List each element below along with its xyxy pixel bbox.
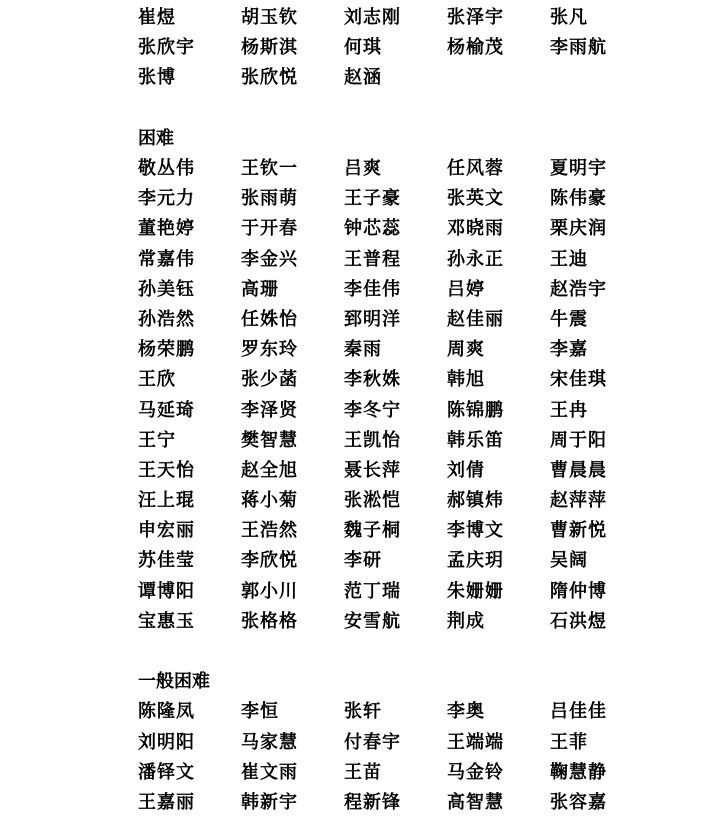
name-cell: 郅明洋 <box>344 305 447 335</box>
name-cell: 李泽贤 <box>241 396 344 426</box>
name-row: 董艳婷于开春钟芯蕊邓晓雨栗庆润 <box>138 214 698 244</box>
name-row: 王宁樊智慧王凯怡韩乐笛周于阳 <box>138 426 698 456</box>
name-cell: 赵浩宇 <box>550 275 653 305</box>
name-cell: 曹晨晨 <box>550 456 653 486</box>
section-heading: 困难 <box>138 124 698 154</box>
name-cell: 牛震 <box>550 305 653 335</box>
name-cell: 孙美钰 <box>138 275 241 305</box>
name-cell: 董艳婷 <box>138 214 241 244</box>
name-cell: 王子豪 <box>344 184 447 214</box>
name-cell: 聂长萍 <box>344 456 447 486</box>
name-cell: 宋佳琪 <box>550 365 653 395</box>
name-cell: 申宏丽 <box>138 516 241 546</box>
name-cell: 张容嘉 <box>550 788 653 818</box>
name-cell: 崔文雨 <box>241 758 344 788</box>
name-cell: 张凡 <box>550 3 653 33</box>
section-general-difficult: 一般困难 陈隆凤李恒张轩李奥吕佳佳刘明阳马家慧付春宇王端端王菲潘铎文崔文雨王苗马… <box>138 667 698 818</box>
name-cell: 吕爽 <box>344 154 447 184</box>
name-cell: 苏佳莹 <box>138 546 241 576</box>
name-cell: 张轩 <box>344 697 447 727</box>
name-cell: 王苗 <box>344 758 447 788</box>
name-cell: 张博 <box>138 63 241 93</box>
name-cell: 王端端 <box>447 728 550 758</box>
name-cell: 吕佳佳 <box>550 697 653 727</box>
name-cell: 郭小川 <box>241 577 344 607</box>
name-row: 王欣张少菡李秋姝韩旭宋佳琪 <box>138 365 698 395</box>
name-cell: 马金铃 <box>447 758 550 788</box>
name-cell: 夏明宇 <box>550 154 653 184</box>
name-cell: 李元力 <box>138 184 241 214</box>
name-row: 张博 张欣悦 赵涵 <box>138 63 698 93</box>
name-cell: 李雨航 <box>550 33 653 63</box>
name-cell: 敬丛伟 <box>138 154 241 184</box>
name-cell: 韩旭 <box>447 365 550 395</box>
name-cell: 潘铎文 <box>138 758 241 788</box>
name-cell: 陈锦鹏 <box>447 396 550 426</box>
name-cell: 王凯怡 <box>344 426 447 456</box>
name-cell: 刘明阳 <box>138 728 241 758</box>
name-cell: 张欣宇 <box>138 33 241 63</box>
name-cell: 张淞恺 <box>344 486 447 516</box>
name-row: 潘铎文崔文雨王苗马金铃鞠慧静 <box>138 758 698 788</box>
name-cell: 高智慧 <box>447 788 550 818</box>
name-row: 王天怡赵全旭聂长萍刘倩曹晨晨 <box>138 456 698 486</box>
name-cell: 王钦一 <box>241 154 344 184</box>
name-cell: 李恒 <box>241 697 344 727</box>
name-row: 汪上琨蒋小菊张淞恺郝镇炜赵萍萍 <box>138 486 698 516</box>
name-cell: 魏子桐 <box>344 516 447 546</box>
name-list-document: 崔煜 胡玉钦 刘志刚 张泽宇 张凡 张欣宇 杨斯淇 何琪 杨榆茂 李雨航 张博 … <box>138 3 698 818</box>
name-row: 孙美钰高珊李佳伟吕婷赵浩宇 <box>138 275 698 305</box>
name-cell: 张欣悦 <box>241 63 344 93</box>
name-cell: 付春宇 <box>344 728 447 758</box>
name-cell: 张雨萌 <box>241 184 344 214</box>
name-row: 常嘉伟李金兴王普程孙永正王迪 <box>138 245 698 275</box>
name-row: 王嘉丽韩新宇程新锋高智慧张容嘉 <box>138 788 698 818</box>
name-cell: 荆成 <box>447 607 550 637</box>
name-cell: 孙永正 <box>447 245 550 275</box>
name-cell: 张泽宇 <box>447 3 550 33</box>
name-cell: 杨荣鹏 <box>138 335 241 365</box>
name-cell: 王普程 <box>344 245 447 275</box>
name-cell: 李嘉 <box>550 335 653 365</box>
name-row: 孙浩然任姝怡郅明洋赵佳丽牛震 <box>138 305 698 335</box>
name-cell: 李金兴 <box>241 245 344 275</box>
section-difficult-rows: 敬丛伟王钦一吕爽任风蓉夏明宇李元力张雨萌王子豪张英文陈伟豪董艳婷于开春钟芯蕊邓晓… <box>138 154 698 637</box>
name-cell: 鞠慧静 <box>550 758 653 788</box>
name-row: 刘明阳马家慧付春宇王端端王菲 <box>138 728 698 758</box>
section-spacer <box>138 637 698 667</box>
name-cell: 汪上琨 <box>138 486 241 516</box>
name-cell: 安雪航 <box>344 607 447 637</box>
name-cell: 谭博阳 <box>138 577 241 607</box>
name-cell: 秦雨 <box>344 335 447 365</box>
name-row: 崔煜 胡玉钦 刘志刚 张泽宇 张凡 <box>138 3 698 33</box>
name-cell: 范丁瑞 <box>344 577 447 607</box>
name-cell: 吕婷 <box>447 275 550 305</box>
name-cell: 李佳伟 <box>344 275 447 305</box>
name-cell: 李研 <box>344 546 447 576</box>
name-row: 李元力张雨萌王子豪张英文陈伟豪 <box>138 184 698 214</box>
name-cell: 韩乐笛 <box>447 426 550 456</box>
name-cell: 张少菡 <box>241 365 344 395</box>
name-cell: 李奥 <box>447 697 550 727</box>
name-row: 苏佳莹李欣悦李研孟庆玥吴阔 <box>138 546 698 576</box>
name-cell: 杨榆茂 <box>447 33 550 63</box>
name-cell: 张英文 <box>447 184 550 214</box>
name-cell: 罗东玲 <box>241 335 344 365</box>
name-cell: 曹新悦 <box>550 516 653 546</box>
section-heading: 一般困难 <box>138 667 698 697</box>
name-row: 申宏丽王浩然魏子桐李博文曹新悦 <box>138 516 698 546</box>
name-cell: 王浩然 <box>241 516 344 546</box>
name-row: 张欣宇 杨斯淇 何琪 杨榆茂 李雨航 <box>138 33 698 63</box>
name-cell: 赵涵 <box>344 63 447 93</box>
name-cell: 王迪 <box>550 245 653 275</box>
name-cell: 吴阔 <box>550 546 653 576</box>
name-cell: 韩新宇 <box>241 788 344 818</box>
name-cell: 马延琦 <box>138 396 241 426</box>
name-cell: 王冉 <box>550 396 653 426</box>
name-cell: 陈隆凤 <box>138 697 241 727</box>
name-cell: 任风蓉 <box>447 154 550 184</box>
name-cell: 杨斯淇 <box>241 33 344 63</box>
name-cell: 常嘉伟 <box>138 245 241 275</box>
name-row: 宝惠玉张格格安雪航荆成石洪煜 <box>138 607 698 637</box>
section-spacer <box>138 94 698 124</box>
name-cell: 赵全旭 <box>241 456 344 486</box>
name-cell: 马家慧 <box>241 728 344 758</box>
name-cell: 王菲 <box>550 728 653 758</box>
name-cell: 周爽 <box>447 335 550 365</box>
name-cell: 王嘉丽 <box>138 788 241 818</box>
name-cell: 李冬宁 <box>344 396 447 426</box>
section-general-difficult-rows: 陈隆凤李恒张轩李奥吕佳佳刘明阳马家慧付春宇王端端王菲潘铎文崔文雨王苗马金铃鞠慧静… <box>138 697 698 818</box>
name-cell: 周于阳 <box>550 426 653 456</box>
name-cell: 宝惠玉 <box>138 607 241 637</box>
name-cell: 石洪煜 <box>550 607 653 637</box>
name-cell: 崔煜 <box>138 3 241 33</box>
name-cell: 李欣悦 <box>241 546 344 576</box>
name-row: 敬丛伟王钦一吕爽任风蓉夏明宇 <box>138 154 698 184</box>
name-cell: 赵萍萍 <box>550 486 653 516</box>
name-row: 马延琦李泽贤李冬宁陈锦鹏王冉 <box>138 395 698 425</box>
name-cell: 陈伟豪 <box>550 184 653 214</box>
name-cell: 于开春 <box>241 214 344 244</box>
name-cell: 朱姗姗 <box>447 577 550 607</box>
name-cell: 王天怡 <box>138 456 241 486</box>
name-cell: 任姝怡 <box>241 305 344 335</box>
name-row: 杨荣鹏罗东玲秦雨周爽李嘉 <box>138 335 698 365</box>
name-cell: 王宁 <box>138 426 241 456</box>
name-row: 谭博阳郭小川范丁瑞朱姗姗隋仲博 <box>138 577 698 607</box>
name-cell: 邓晓雨 <box>447 214 550 244</box>
name-cell: 钟芯蕊 <box>344 214 447 244</box>
name-cell: 程新锋 <box>344 788 447 818</box>
name-cell: 樊智慧 <box>241 426 344 456</box>
name-cell: 李秋姝 <box>344 365 447 395</box>
section-continued: 崔煜 胡玉钦 刘志刚 张泽宇 张凡 张欣宇 杨斯淇 何琪 杨榆茂 李雨航 张博 … <box>138 3 698 94</box>
name-cell: 孙浩然 <box>138 305 241 335</box>
name-cell: 高珊 <box>241 275 344 305</box>
name-cell: 孟庆玥 <box>447 546 550 576</box>
name-cell: 王欣 <box>138 365 241 395</box>
name-cell: 刘倩 <box>447 456 550 486</box>
name-cell: 郝镇炜 <box>447 486 550 516</box>
name-cell: 赵佳丽 <box>447 305 550 335</box>
name-cell: 张格格 <box>241 607 344 637</box>
name-cell: 何琪 <box>344 33 447 63</box>
name-cell: 李博文 <box>447 516 550 546</box>
name-cell: 刘志刚 <box>344 3 447 33</box>
name-cell: 蒋小菊 <box>241 486 344 516</box>
name-cell: 栗庆润 <box>550 214 653 244</box>
name-cell: 胡玉钦 <box>241 3 344 33</box>
section-difficult: 困难 敬丛伟王钦一吕爽任风蓉夏明宇李元力张雨萌王子豪张英文陈伟豪董艳婷于开春钟芯… <box>138 124 698 637</box>
name-cell: 隋仲博 <box>550 577 653 607</box>
name-row: 陈隆凤李恒张轩李奥吕佳佳 <box>138 697 698 727</box>
